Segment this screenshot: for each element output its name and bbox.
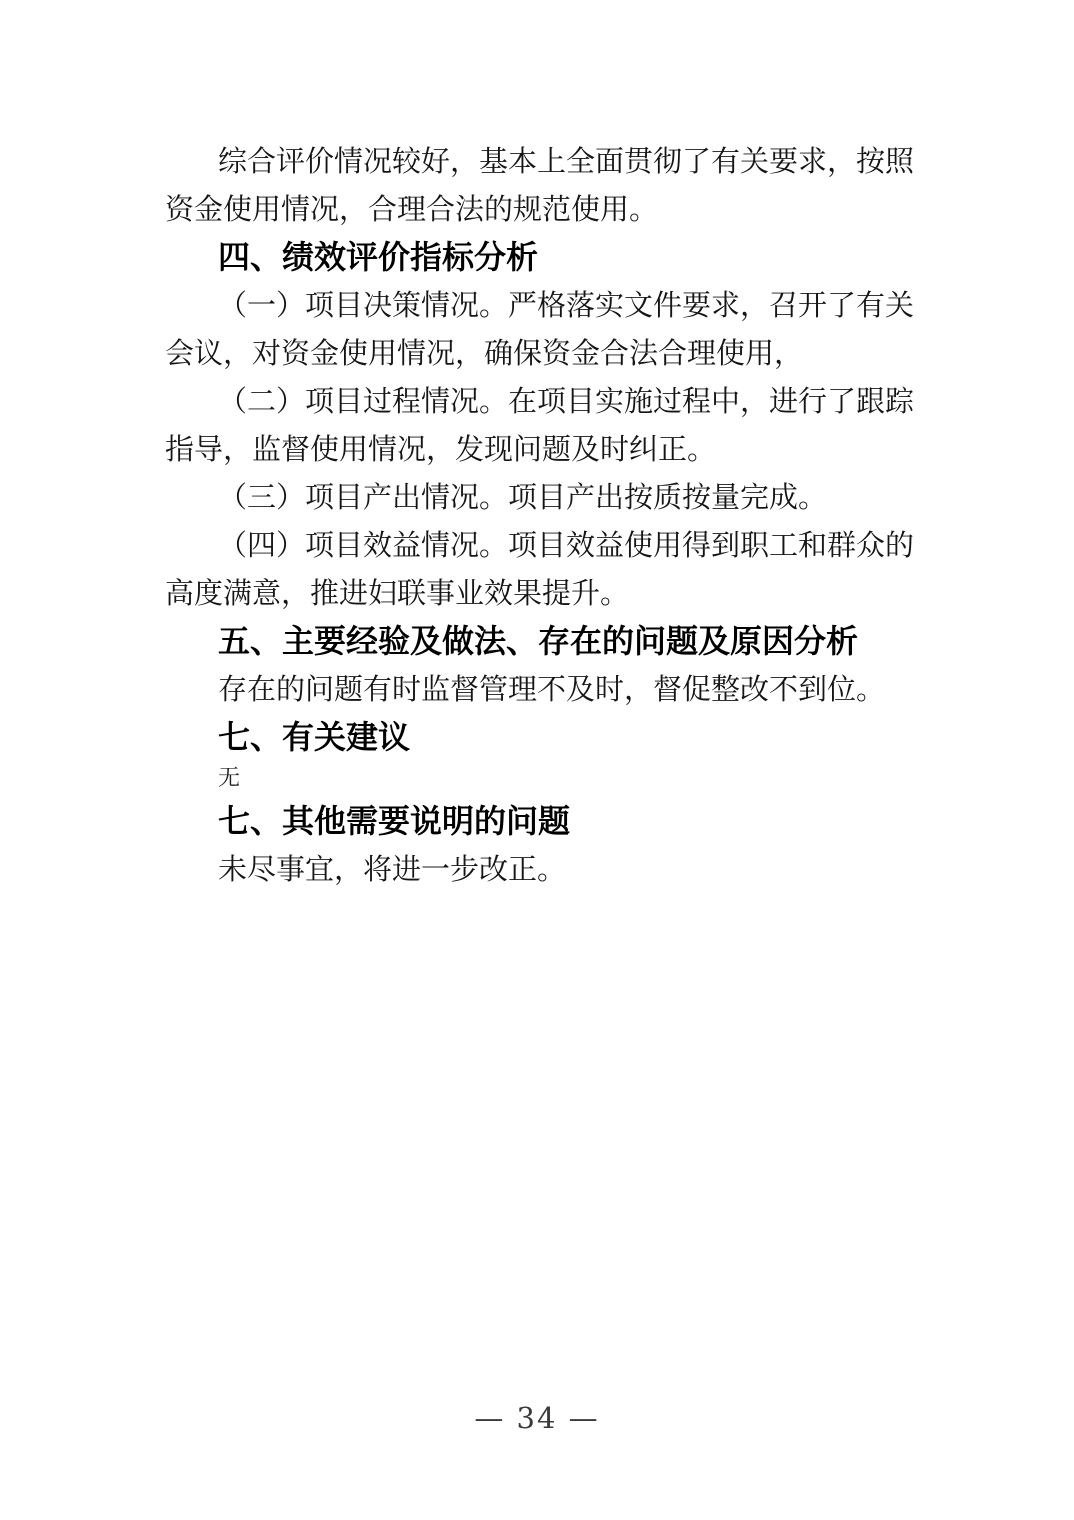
paragraph-existing-problems: 存在的问题有时监督管理不及时，督促整改不到位。 (165, 665, 929, 713)
paragraph-project-process: （二）项目过程情况。在项目实施过程中，进行了跟踪 指导，监督使用情况，发现问题及… (165, 377, 929, 473)
section-heading-suggestions: 七、有关建议 (165, 713, 929, 761)
paragraph-overall-evaluation: 综合评价情况较好，基本上全面贯彻了有关要求，按照 资金使用情况，合理合法的规范使… (165, 137, 929, 233)
paragraph-none: 无 (165, 761, 929, 797)
paragraph-project-decision: （一）项目决策情况。严格落实文件要求，召开了有关 会议，对资金使用情况，确保资金… (165, 281, 929, 377)
page-number: — 34 — (0, 1398, 1074, 1438)
paragraph-other-notes: 未尽事宜，将进一步改正。 (165, 845, 929, 893)
section-heading-experience-problems: 五、主要经验及做法、存在的问题及原因分析 (165, 617, 929, 665)
document-body: 综合评价情况较好，基本上全面贯彻了有关要求，按照 资金使用情况，合理合法的规范使… (165, 137, 929, 893)
section-heading-indicator-analysis: 四、绩效评价指标分析 (165, 233, 929, 281)
section-heading-other-notes: 七、其他需要说明的问题 (165, 797, 929, 845)
paragraph-project-benefit: （四）项目效益情况。项目效益使用得到职工和群众的 高度满意，推进妇联事业效果提升… (165, 521, 929, 617)
document-page: 综合评价情况较好，基本上全面贯彻了有关要求，按照 资金使用情况，合理合法的规范使… (0, 0, 1074, 1520)
paragraph-project-output: （三）项目产出情况。项目产出按质按量完成。 (165, 473, 929, 521)
